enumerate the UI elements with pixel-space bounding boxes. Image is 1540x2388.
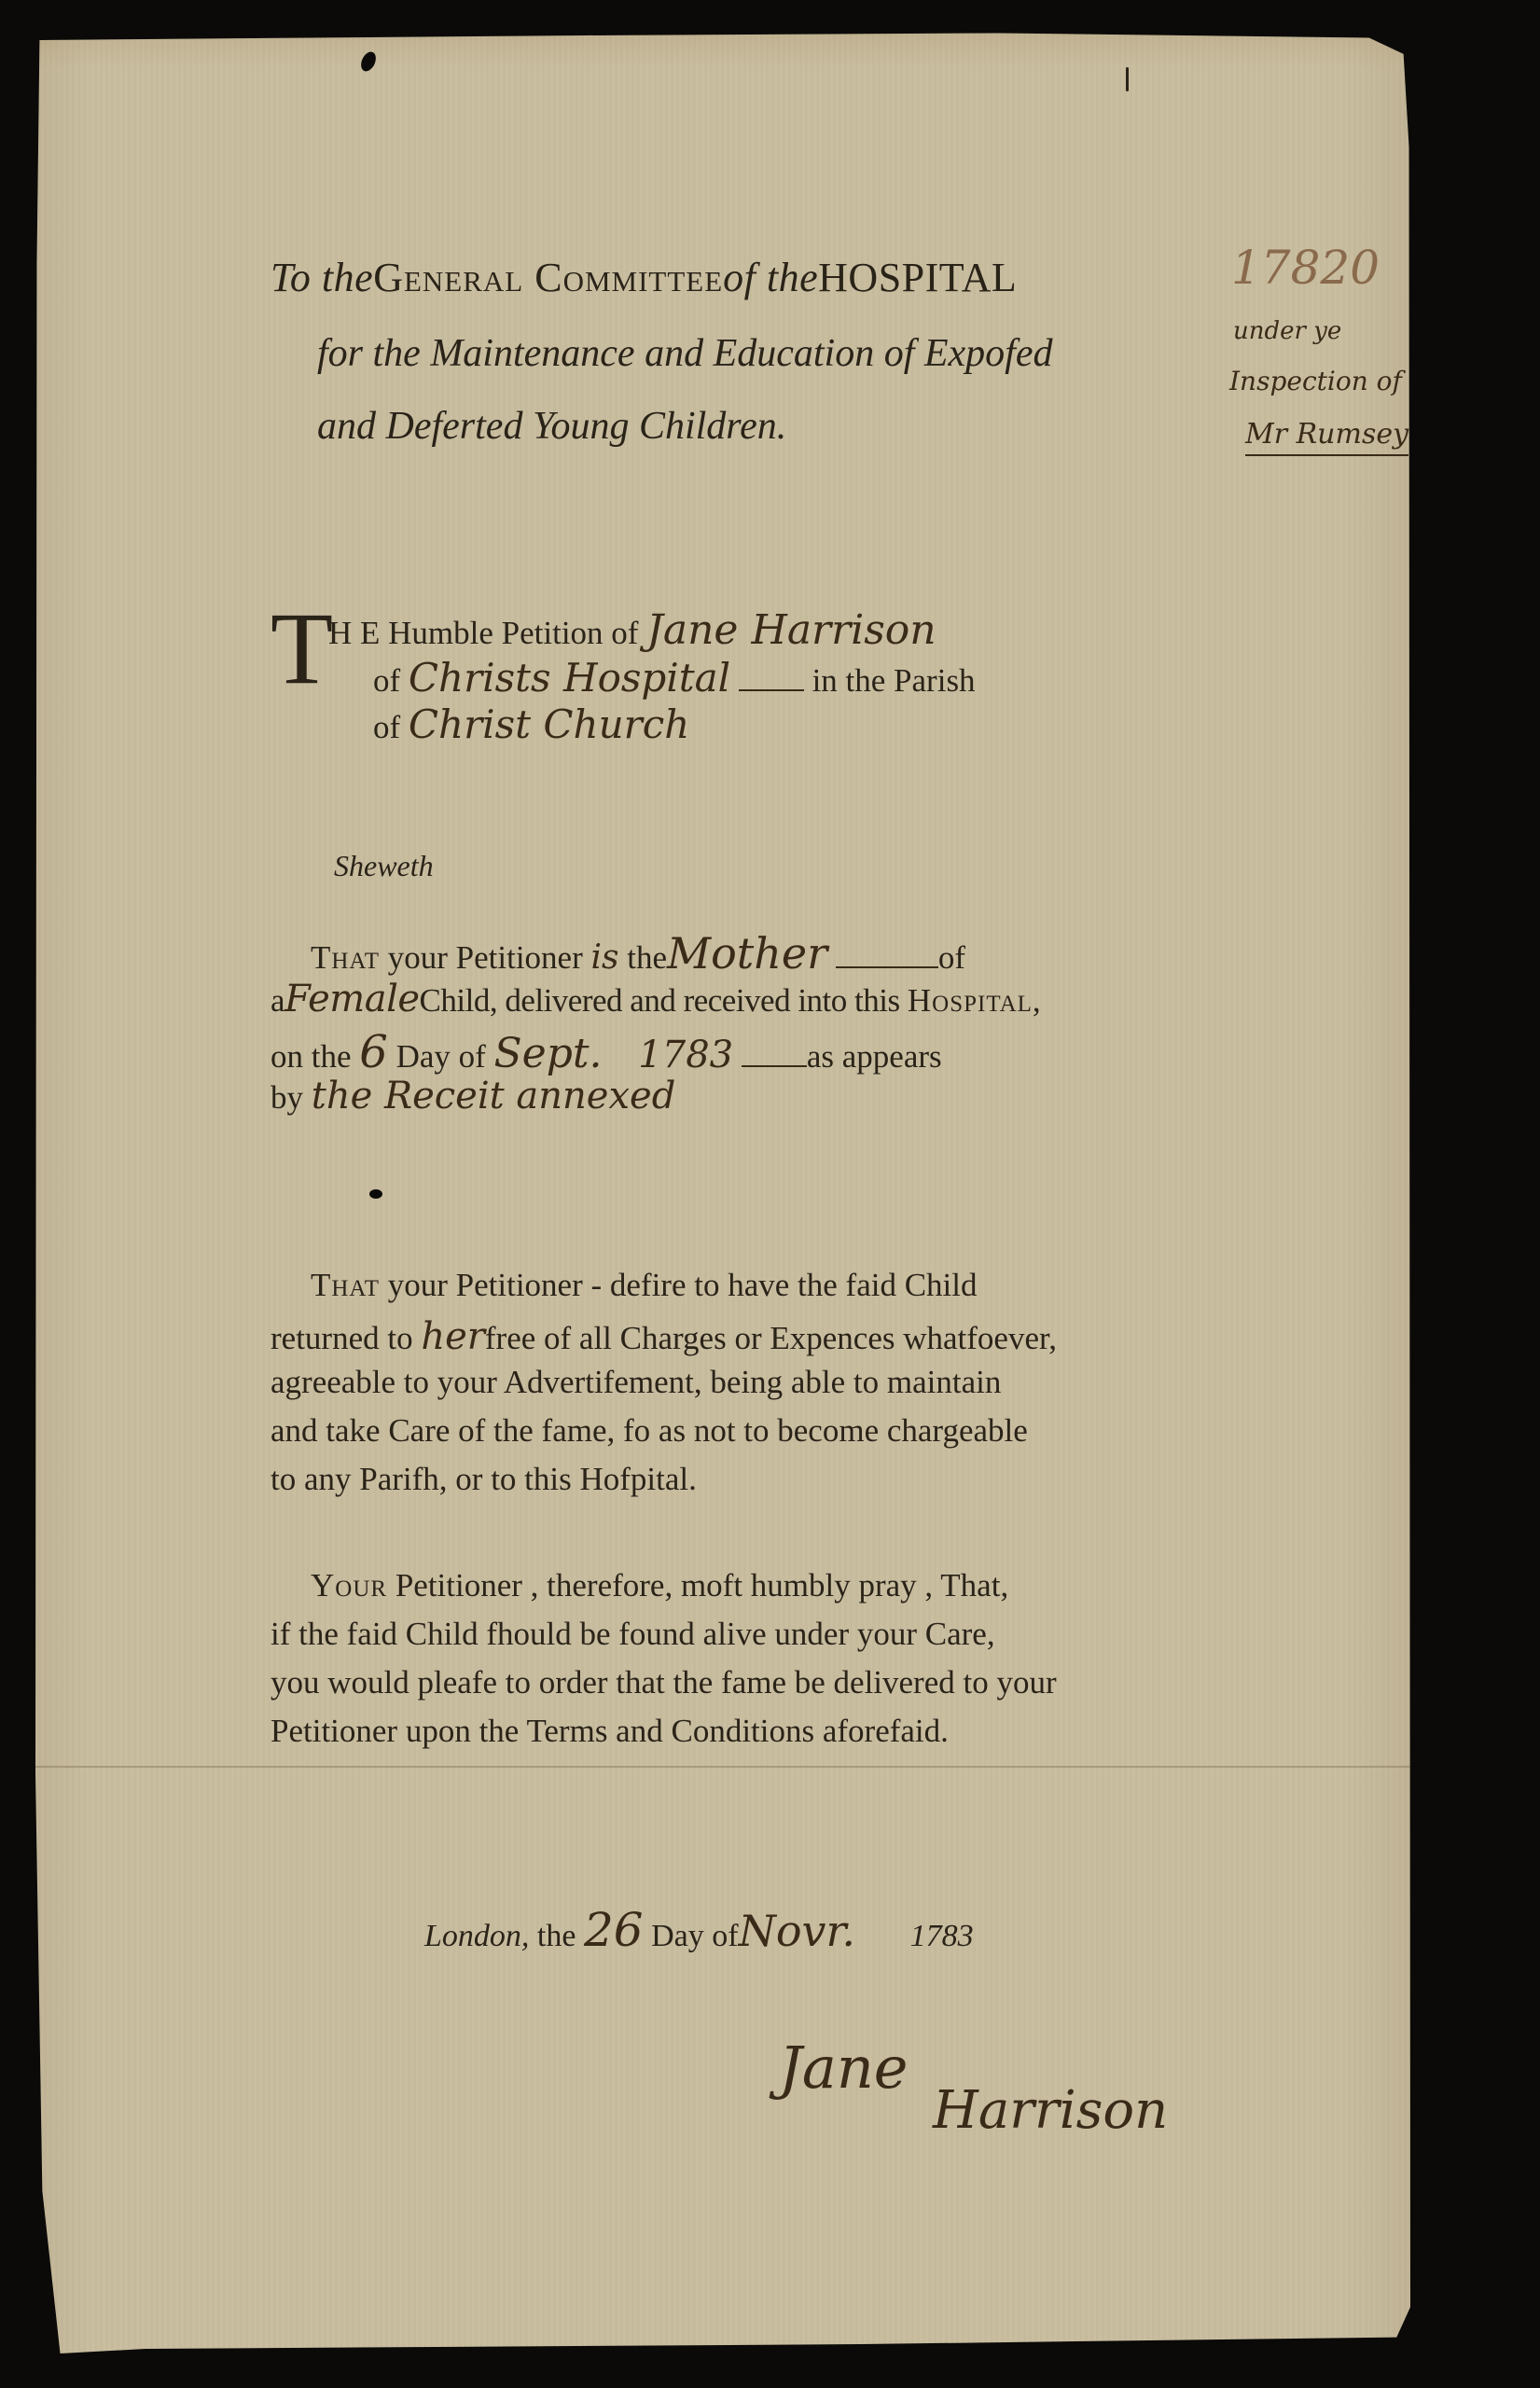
dateline-day-of: Day of — [651, 1919, 738, 1953]
paragraph-3-line-4: Petitioner upon the Terms and Conditions… — [271, 1713, 949, 1750]
evidence-text: the Receit annexed — [312, 1075, 676, 1118]
of-label: of — [373, 662, 400, 699]
signature-last-name: Harrison — [933, 2080, 1168, 2141]
admission-day: 6 — [359, 1026, 388, 1078]
by-label: by — [271, 1079, 303, 1116]
child-sex: Female — [284, 978, 419, 1020]
petition-residence-line: of Christs Hospital in the Parish — [373, 655, 976, 701]
paragraph-1-line-1: That your Petitioner is theMother of — [311, 928, 965, 979]
day-of-label: Day of — [396, 1038, 486, 1075]
as-appears-label: as appears — [807, 1038, 942, 1075]
verb-is: is — [591, 938, 619, 977]
a-label: a — [271, 982, 284, 1019]
dateline-the: the — [537, 1919, 576, 1953]
petition-intro: H E Humble Petition of Jane Harrison — [328, 606, 936, 654]
ink-mark — [1126, 67, 1129, 91]
hospital-label: Hospital, — [908, 982, 1042, 1019]
margin-note-number: 17820 — [1231, 241, 1380, 295]
paragraph-3-line-3: you would pleafe to order that the fame … — [271, 1664, 1057, 1701]
your-petitioner: your Petitioner — [388, 939, 583, 976]
fold-crease — [35, 1766, 1410, 1768]
margin-note-line-3: Mr Rumsey — [1245, 418, 1408, 456]
paragraph-1-line-4: by the Receit annexed — [271, 1075, 675, 1118]
margin-note-line-1: under ye — [1233, 317, 1341, 345]
pronoun: her — [421, 1315, 485, 1358]
dateline-year: 1783 — [910, 1919, 974, 1953]
paragraph-3-text: Petitioner , therefore, moft humbly pray… — [395, 1567, 1008, 1604]
paragraph-1-line-3: on the 6 Day of Sept. 1783 as appears — [271, 1026, 942, 1078]
header-line-1: To theGeneral Committeeof theHOSPITAL — [271, 254, 1017, 301]
your-label: Your — [311, 1567, 387, 1604]
paragraph-3-line-2: if the faid Child fhould be found alive … — [271, 1616, 995, 1653]
paragraph-2-line-1: That your Petitioner - defire to have th… — [311, 1267, 978, 1304]
header-hospital: HOSPITAL — [818, 255, 1017, 300]
that-label: That — [311, 1267, 380, 1303]
the-label: the — [627, 939, 667, 976]
dateline-london: London, — [424, 1919, 529, 1953]
paragraph-1-line-2: aFemaleChild, delivered and received int… — [271, 978, 1042, 1020]
child-text: Child, delivered and received into this — [420, 982, 900, 1019]
header-line-3: and Deferted Young Children. — [317, 404, 786, 449]
of-label: of — [938, 939, 965, 976]
sheweth-label: Sheweth — [334, 849, 434, 883]
petition-intro-printed: H E Humble Petition of — [328, 615, 638, 651]
header-line-2: for the Maintenance and Education of Exp… — [317, 331, 1052, 376]
drop-cap: T — [271, 597, 333, 700]
document-page — [35, 31, 1410, 2353]
paragraph-2-line-5: to any Parifh, or to this Hofpital. — [271, 1461, 697, 1498]
petitioner-parish: Christ Church — [409, 701, 689, 747]
header-of-the: of the — [723, 255, 818, 300]
parish-label: in the Parish — [812, 662, 976, 699]
returned-to-label: returned to — [271, 1320, 413, 1356]
paragraph-2-line-3: agreeable to your Advertifement, being a… — [271, 1364, 1001, 1401]
dateline-day: 26 — [584, 1903, 644, 1957]
paragraph-2-line-2: returned to herfree of all Charges or Ex… — [271, 1315, 1057, 1358]
header-to-the: To the — [271, 255, 373, 300]
signature-first-name: Jane — [779, 2034, 908, 2102]
admission-year: 1783 — [638, 1034, 733, 1076]
petition-parish-line: of Christ Church — [373, 701, 689, 747]
header-general-committee: General Committee — [373, 255, 723, 300]
on-the-label: on the — [271, 1038, 352, 1075]
dateline-month: Novr. — [739, 1906, 856, 1956]
margin-note-line-2: Inspection of — [1229, 366, 1402, 396]
relation-to-child: Mother — [667, 928, 827, 979]
paragraph-2-text: your Petitioner - defire to have the fai… — [388, 1267, 978, 1303]
blank-line — [742, 1065, 807, 1067]
blank-line — [836, 966, 938, 968]
paragraph-3-line-1: Your Petitioner , therefore, moft humbly… — [311, 1567, 1008, 1604]
petitioner-name: Jane Harrison — [646, 606, 936, 654]
paragraph-2-text: free of all Charges or Expences whatfoev… — [485, 1320, 1057, 1356]
blank-line — [739, 689, 804, 691]
of-label-2: of — [373, 709, 400, 745]
petitioner-residence: Christs Hospital — [409, 655, 730, 701]
paragraph-2-line-4: and take Care of the fame, fo as not to … — [271, 1412, 1028, 1450]
ink-blot — [369, 1189, 382, 1199]
admission-month: Sept. — [494, 1030, 603, 1077]
that-label: That — [311, 939, 380, 976]
dateline: London, the 26 Day ofNovr. 1783 — [424, 1903, 974, 1957]
